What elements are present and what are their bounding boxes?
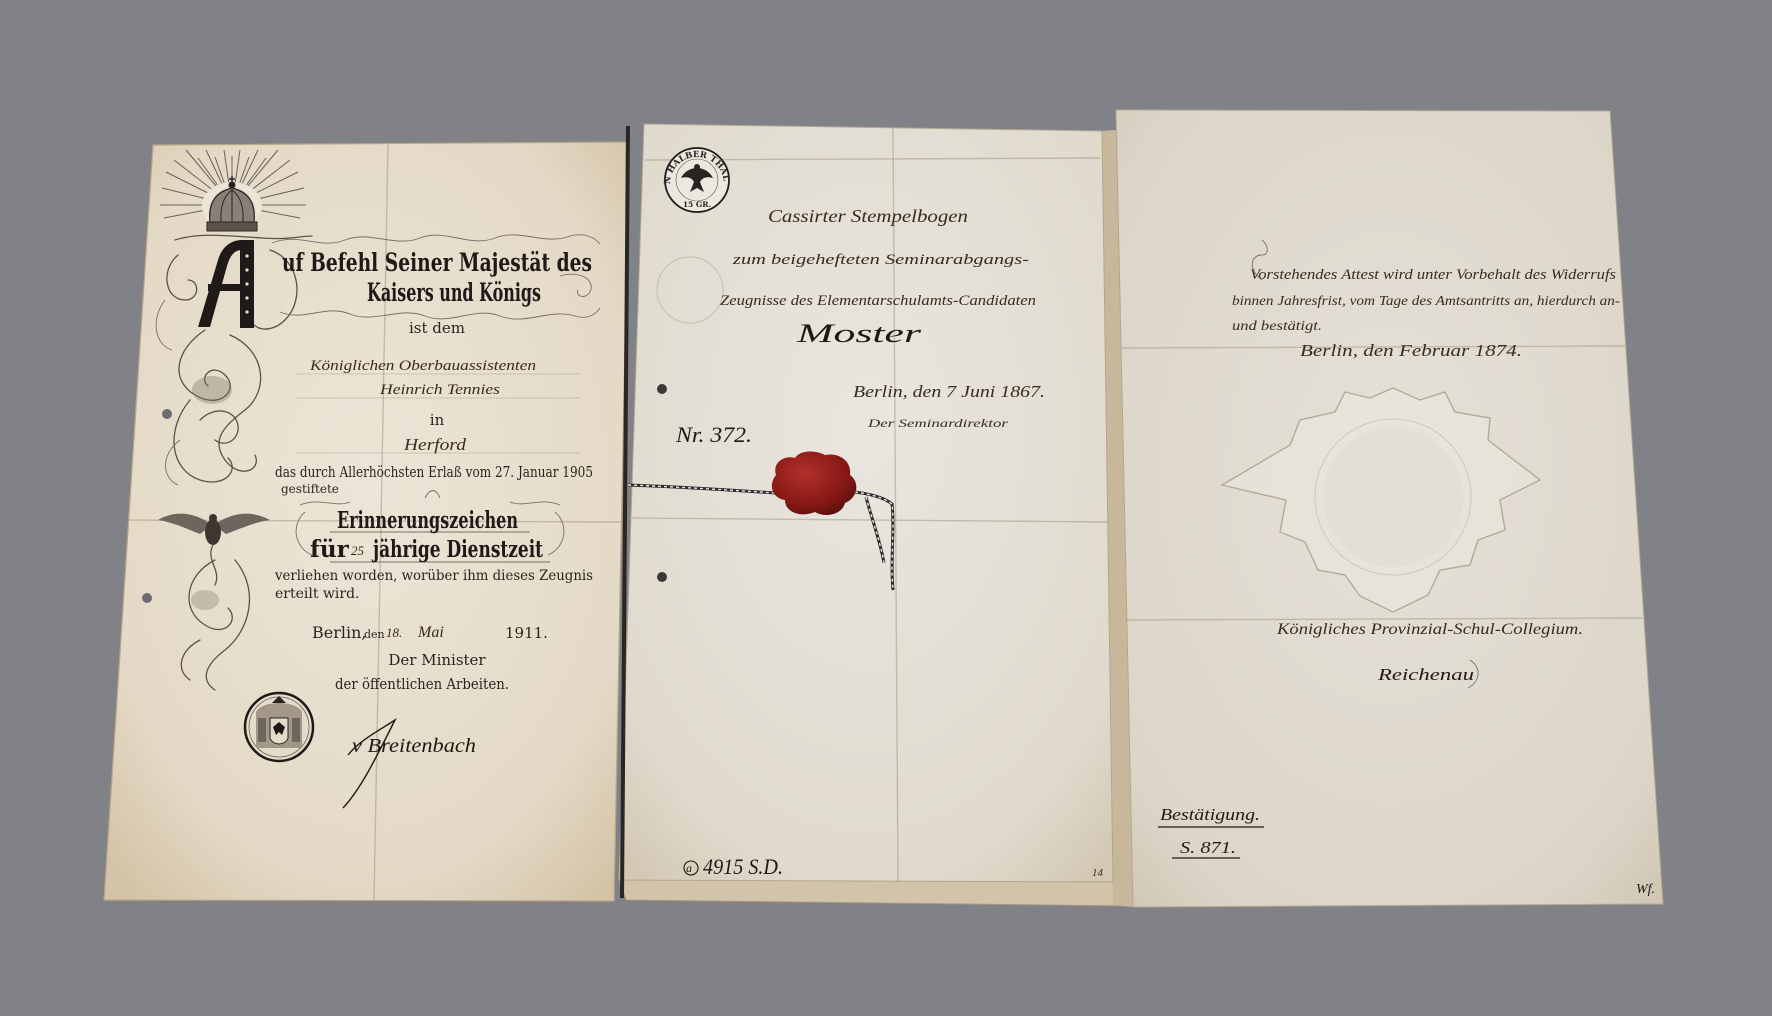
confirmation-line-3: und bestätigt.	[1232, 319, 1322, 334]
confirmation-line-2: binnen Jahresfrist, vom Tage des Amtsant…	[1232, 294, 1620, 309]
signatory-line-2: der öffentlichen Arbeiten.	[335, 675, 509, 693]
note-label: Bestätigung.	[1160, 805, 1260, 824]
body-line-1: verliehen worden, worüber ihm dieses Zeu…	[274, 568, 593, 584]
award-service: jährige Dienstzeit	[372, 536, 544, 563]
tax-stamp-value: 15 GR.	[683, 200, 711, 209]
stamp-sheet-number: Nr. 372.	[675, 422, 752, 447]
signature-text: v Breitenbach	[352, 735, 476, 757]
authority-line: Königliches Provinzial-Schul-Collegium.	[1276, 621, 1583, 638]
certificate-document: A uf Befehl Seiner Majestät des Kaisers …	[104, 142, 629, 901]
place-name: Herford	[403, 435, 467, 454]
award-line-1: Erinnerungszeichen	[337, 507, 518, 534]
certificate-date: Berlin, den 18. Mai 1911.	[312, 623, 548, 642]
recipient-name: Heinrich Tennies	[379, 382, 500, 398]
document-photo: A uf Befehl Seiner Majestät des Kaisers …	[0, 0, 1772, 1016]
punch-hole	[657, 572, 667, 582]
stamp-sheet-name: Moster	[795, 319, 922, 348]
coat-of-arms-seal-icon	[245, 693, 313, 761]
stamp-sheet-line-1: Cassirter Stempelbogen	[768, 206, 968, 226]
text-in: in	[430, 411, 445, 429]
authority-signature: Reichenau	[1377, 665, 1474, 684]
punch-hole	[657, 384, 667, 394]
body-line-2: erteilt wird.	[275, 586, 360, 602]
confirmation-document: Vorstehendes Attest wird unter Vorbehalt…	[1116, 110, 1663, 907]
text-ist-dem: ist dem	[409, 319, 465, 337]
date-year: 1911.	[505, 624, 548, 642]
date-day: 18.	[386, 625, 402, 640]
punch-hole	[162, 409, 172, 419]
decree-line-2: gestiftete	[281, 482, 339, 496]
stamp-sheet-signatory: Der Seminardirektor	[867, 416, 1009, 430]
stamp-sheet-line-2: zum beigehefteten Seminarabgangs-	[732, 252, 1029, 268]
date-month: Mai	[417, 624, 444, 641]
award-years: 25	[351, 543, 365, 558]
date-den: den	[364, 628, 385, 641]
note-ref: S. 871.	[1180, 838, 1236, 857]
date-city: Berlin,	[312, 623, 367, 642]
initial-letter: A	[195, 329, 197, 331]
recipient-title: Königlichen Oberbauassistenten	[309, 358, 536, 374]
archive-prefix: a	[686, 861, 692, 875]
archive-ref-text: 4915 S.D.	[703, 854, 783, 879]
confirmation-date: Berlin, den Februar 1874.	[1300, 341, 1522, 360]
confirmation-line-1: Vorstehendes Attest wird unter Vorbehalt…	[1250, 267, 1616, 283]
corner-mark: Wf.	[1636, 882, 1655, 897]
stamp-sheet-line-3: Zeugnisse des Elementarschulamts-Candida…	[720, 293, 1036, 309]
heading-line-1: uf Befehl Seiner Majestät des	[282, 248, 592, 277]
decree-line-1: das durch Allerhöchsten Erlaß vom 27. Ja…	[275, 463, 593, 481]
award-for: für	[310, 536, 350, 563]
page-number: 14	[1092, 867, 1104, 879]
stamp-sheet-date: Berlin, den 7 Juni 1867.	[853, 382, 1045, 401]
signatory-line-1: Der Minister	[388, 651, 486, 669]
stamp-sheet-paper	[619, 124, 1113, 882]
heading-line-2: Kaisers und Königs	[367, 278, 541, 307]
punch-hole	[142, 593, 152, 603]
